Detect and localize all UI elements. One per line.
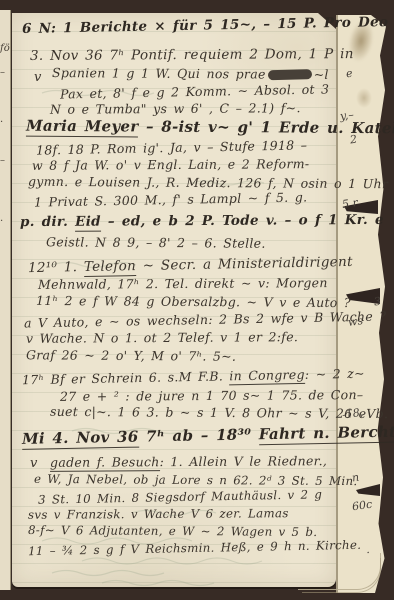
diary-line: 27 e + ² : de jure n 1 70 s~ 1 75. de Co…: [60, 388, 363, 404]
line-text: Mi 4. Nov 36: [22, 428, 139, 450]
edge-fragment: 60c: [351, 499, 373, 513]
edge-fragment: n: [351, 472, 360, 484]
line-text: w 8 f Ja W. o' v Engl. Lain, e 2 Reform-: [32, 156, 309, 173]
line-text: 27 e + ² : de jure n 1 70 s~ 1 75. de Co…: [60, 387, 363, 404]
diary-line: svs v Franzisk. v Wache V 6 zer. Lamas: [28, 506, 289, 522]
diary-line: gymn. e Louisen J., R. Mediz. 126 f, N o…: [28, 175, 388, 192]
stacked-page-edge: [302, 558, 381, 593]
diary-line: Geistl. N 8 9, – 8' 2 – 6. Stelle.: [46, 235, 266, 251]
diary-line: e W, Ja Nebel, ob ja Lore s n 62. 2ᵈ 3 S…: [34, 472, 358, 488]
line-text: : ~ 2 z~: [305, 366, 365, 382]
edge-fragment: 5 r: [341, 197, 358, 210]
margin-checkmark: v: [30, 456, 37, 471]
line-text: Eid: [75, 214, 101, 232]
diary-line: v Wache. N o 1. ot 2 Telef. v 1 er 2:fe.: [26, 330, 298, 346]
line-text: svs v Franzisk. v Wache V 6 zer. Lamas: [28, 506, 289, 522]
line-text: : 1. Allein V le Riedner.,: [160, 453, 328, 469]
line-text: N o e Tumba" ys w 6' , C – 2.1) f~.: [50, 100, 301, 117]
edge-fragment: –: [0, 68, 11, 78]
line-text: Geistl. N 8 9, – 8' 2 – 6. Stelle.: [46, 234, 266, 251]
line-text: v Wache. N o 1. ot 2 Telef. v 1 er 2:fe.: [26, 329, 298, 346]
line-text: Telefon: [84, 258, 137, 277]
diary-line: Spanien 1 g 1 W. Qui nos prae~l: [52, 66, 329, 82]
line-text: gymn. e Louisen J., R. Mediz. 126 f, N o…: [28, 174, 388, 192]
line-text: ~l: [314, 67, 329, 82]
line-text: Maria Meyer: [26, 117, 139, 138]
line-text: 12¹⁰ 1.: [28, 259, 84, 276]
ink-blot: [268, 69, 312, 80]
line-text: 8-f~ V 6 Adjutanten, e W ~ 2 Wagen v 5 b…: [28, 523, 317, 539]
diary-line: Mehnwald, 17ʰ 2. Tel. direkt ~ v: Morgen: [38, 276, 328, 292]
line-text: 11ʰ 2 e f W 84 g Obersalzbg. ~ V v e Aut…: [36, 293, 351, 310]
margin-checkmark: v: [34, 70, 41, 85]
diary-line: w 8 f Ja W. o' v Engl. Lain, e 2 Reform-: [32, 157, 309, 173]
diary-line: N o e Tumba" ys w 6' , C – 2.1) f~.: [50, 101, 301, 117]
edge-fragment: e: [345, 68, 353, 80]
edge-fragment: ·: [0, 118, 11, 128]
edge-fragment: fö: [0, 44, 11, 54]
diary-line: 8-f~ V 6 Adjutanten, e W ~ 2 Wagen v 5 b…: [28, 523, 317, 539]
diary-line: gaden f. Besuch: 1. Allein V le Riedner.…: [50, 454, 327, 470]
facing-page-edge: fö – · – .: [0, 10, 11, 590]
paper-stain: [356, 88, 372, 108]
edge-fragment: -18,: [341, 407, 364, 421]
line-text: Spanien 1 g 1 W. Qui nos prae: [52, 65, 266, 81]
line-text: Graf 26 ~ 2 o' Y, M o' 7ʰ. 5~.: [26, 347, 236, 363]
edge-fragment: .: [0, 214, 11, 224]
line-text: 3. Nov 36 7ʰ Pontif. requiem 2 Dom, 1 P …: [30, 46, 354, 64]
edge-fragment: y,–: [339, 109, 354, 122]
diary-line: Graf 26 ~ 2 o' Y, M o' 7ʰ. 5~.: [26, 348, 236, 363]
diary-line: 11ʰ 2 e f W 84 g Obersalzbg. ~ V v e Aut…: [36, 294, 351, 310]
edge-fragment: ws: [347, 315, 363, 328]
line-text: in Congreg: [229, 367, 305, 385]
edge-fragment: 2: [349, 134, 357, 146]
diary-line: p. dir. Eid – ed, e b 2 P. Tode v. – o f…: [20, 213, 384, 229]
line-text: p. dir.: [20, 214, 75, 230]
line-text: e W, Ja Nebel, ob ja Lore s n 62. 2ᵈ 3 S…: [34, 472, 358, 488]
line-text: gaden f. Besuch: [50, 454, 160, 472]
line-text: Mehnwald, 17ʰ 2. Tel. direkt ~ v: Morgen: [38, 275, 328, 292]
line-text: Fahrt n. Berchtes: [259, 422, 394, 445]
edge-fragment: –: [0, 156, 11, 166]
diary-photo: fö – · – . 6 N: 1 Berichte × für 5 15~, …: [0, 0, 394, 600]
edge-fragment: 3: [373, 296, 381, 308]
line-text: – ed, e b 2 P. Tode v. – o f 1 Kr. e: [101, 212, 384, 230]
diary-line: Maria Meyer – 8-ist v~ g' 1 Erde u. Kate…: [26, 119, 394, 136]
diary-line: 3. Nov 36 7ʰ Pontif. requiem 2 Dom, 1 P …: [30, 47, 354, 63]
line-text: 7ʰ ab – 18³⁰: [138, 425, 259, 445]
